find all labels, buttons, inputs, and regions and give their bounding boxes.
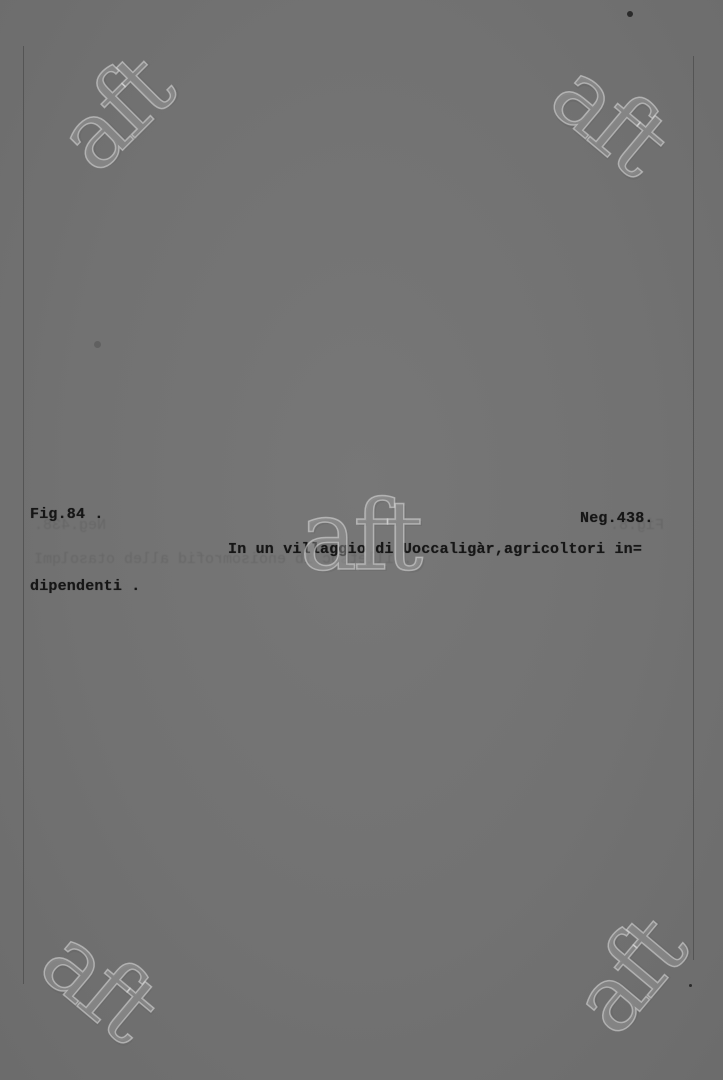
watermark-bottom-left: aft bbox=[26, 912, 172, 1056]
speck-left bbox=[94, 341, 101, 348]
watermark-top-right: aft bbox=[536, 46, 682, 190]
speck-top bbox=[627, 11, 633, 17]
negative-label: Neg.438. bbox=[580, 510, 654, 527]
watermark-bottom-right: aft bbox=[557, 903, 701, 1049]
figure-label: Fig.84 . bbox=[30, 506, 104, 523]
document-page: Neg.438. Fig.8. . illetsoc ib enoisomrof… bbox=[0, 0, 723, 1080]
left-border-line bbox=[23, 46, 24, 984]
caption-line-1: In un villaggio di Uoccaligàr,agricoltor… bbox=[228, 541, 642, 558]
caption-line-2: dipendenti . bbox=[30, 578, 140, 595]
right-border-line bbox=[693, 56, 694, 960]
watermark-center: aft bbox=[300, 488, 419, 584]
watermark-top-left: aft bbox=[42, 41, 188, 187]
